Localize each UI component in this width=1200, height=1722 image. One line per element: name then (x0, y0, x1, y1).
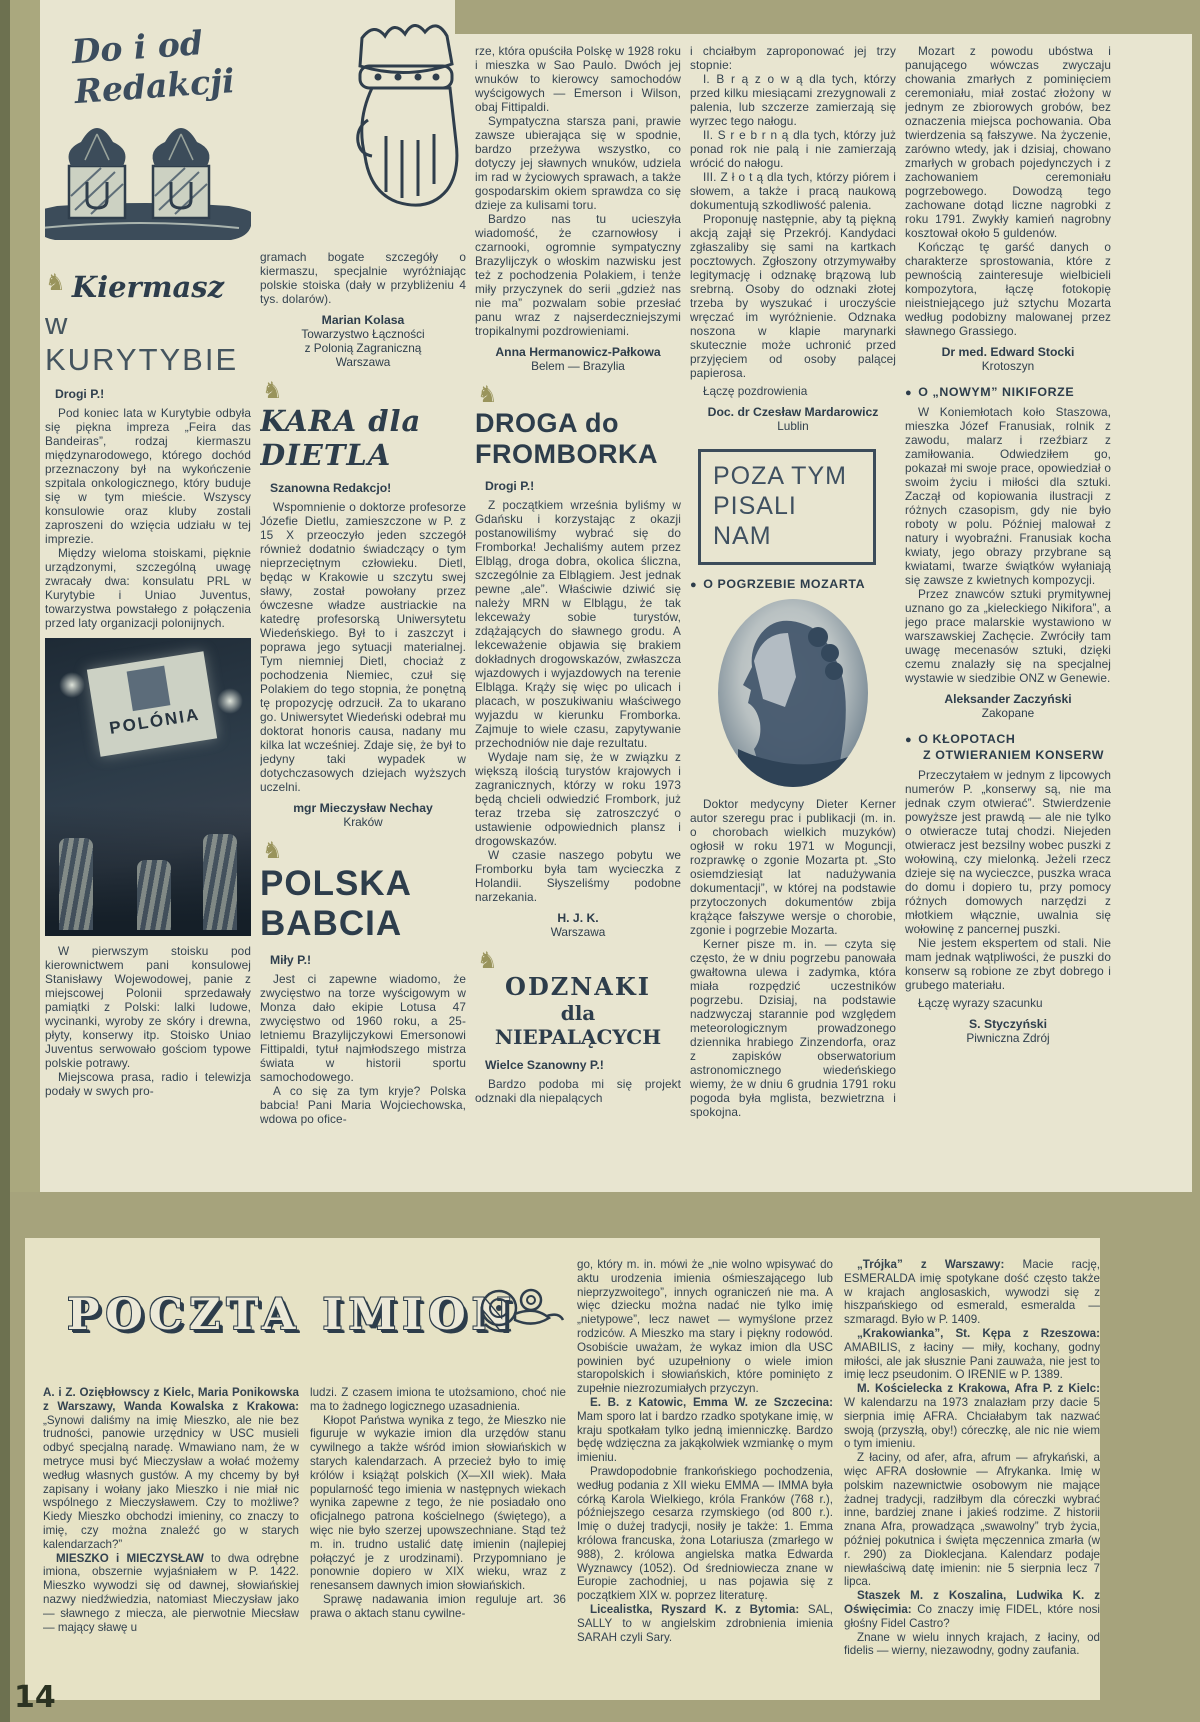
poczta-columns: A. i Z. Oziębłowscy z Kielc, Maria Ponik… (43, 1238, 1100, 1698)
paragraph: Miejscowa prasa, radio i telewizja podał… (45, 1070, 251, 1098)
mozart-silhouette (718, 599, 868, 787)
mozart-body-2: Mozart z powodu ubóstwa i panującego wów… (905, 44, 1111, 338)
poczta-column-2: ludzi. Z czasem imiona te utożsamiono, c… (310, 1238, 566, 1698)
polonia-banner-text: POLÓNIA (101, 704, 209, 740)
paragraph: W Koniemłotach koło Staszowa, mieszka Jó… (905, 405, 1111, 587)
signature-name: Marian Kolasa (260, 313, 466, 327)
masthead: Do i od Redakcji (70, 20, 251, 112)
signature-nechay: mgr Mieczysław Nechay Kraków (260, 801, 466, 829)
letter-paragraph: Znane w wielu innych krajach, z łaciny, … (844, 1631, 1100, 1659)
photo-light (59, 672, 85, 698)
bullet-icon: ● (690, 579, 697, 591)
kurytyba-title-caps: w KURYTYBIE (45, 306, 251, 378)
column-2: gramach bogate szczegóły o kiermaszu, sp… (260, 0, 466, 1170)
signature-place: Warszawa (475, 925, 681, 939)
signature-place: Zakopane (905, 706, 1111, 720)
signature-palkowa: Anna Hermanowicz-Pałkowa Belem — Brazyli… (475, 345, 681, 373)
poczta-column-1: A. i Z. Oziębłowscy z Kielc, Maria Ponik… (43, 1238, 299, 1698)
paragraph: Sympatyczna starsza pani, prawie zawsze … (475, 114, 681, 212)
signature-org-line: Towarzystwo Łączności (260, 327, 466, 341)
salutation: Miły P.! (260, 953, 466, 967)
knight-icon: ♞ (262, 378, 466, 402)
bullet-icon: ● (905, 734, 912, 746)
polonia-flag: POLÓNIA (87, 651, 217, 756)
knight-icon: ♞ (262, 838, 466, 862)
letter-paragraph: M. Kościelecka z Krakowa, Afra P. z Kiel… (844, 1382, 1100, 1451)
poczta-imion-section: POCZTA IMION A. i Z. Oziębłowscy z Kielc… (25, 1238, 1100, 1700)
odznaki-body: Bardzo podoba mi się projekt odznaki dla… (475, 1077, 681, 1105)
dietl-body: Wspomnienie o doktorze profesorze Józefi… (260, 500, 466, 794)
kurytyba-continuation: gramach bogate szczegóły o kiermaszu, sp… (260, 250, 466, 306)
letter-paragraph: Prawdopodobnie frankońskiego pochodzenia… (577, 1465, 833, 1603)
bullet-icon: ● (905, 387, 912, 399)
poczta-column-3: go, który m. in. mówi że „nie wolno wpis… (577, 1238, 833, 1698)
paragraph: Pod koniec lata w Kurytybie odbyła się p… (45, 406, 251, 546)
poczta-column-4: „Trójka” z Warszawy: Macie rację, ESMERA… (844, 1238, 1100, 1698)
salutation: Wielce Szanowny P.! (475, 1058, 681, 1072)
costumed-figure (59, 838, 93, 930)
paragraph: Z początkiem września byliśmy w Gdańsku … (475, 498, 681, 750)
paragraph: III. Z ł o t ą dla tych, którzy piórem i… (690, 170, 896, 212)
paragraph: Wydaje nam się, że w związku z większą i… (475, 750, 681, 848)
paragraph: Nie jestem ekspertem od stali. Nie mam j… (905, 936, 1111, 992)
paragraph: A co się za tym kryje? Polska babcia! Pa… (260, 1084, 466, 1126)
column-3: rze, która opuściła Polskę w 1928 roku i… (475, 0, 681, 1170)
polonia-photo: POLÓNIA (45, 638, 251, 936)
paragraph: Kerner pisze m. in. — czyta się często, … (690, 937, 896, 1119)
nikifor-body: W Koniemłotach koło Staszowa, mieszka Jó… (905, 405, 1111, 685)
mozart-heading-text: O POGRZEBIE MOZARTA (703, 577, 865, 591)
paragraph: Wspomnienie o doktorze profesorze Józefi… (260, 500, 466, 794)
frombork-title: DROGA do FROMBORKA (475, 408, 681, 470)
nikifor-heading: ●O „NOWYM” NIKIFORZE (905, 385, 1111, 399)
signature-place: Belem — Brazylia (475, 359, 681, 373)
signature-place: Kraków (260, 815, 466, 829)
paragraph: gramach bogate szczegóły o kiermaszu, sp… (260, 250, 466, 306)
paragraph: W pierwszym stoisku pod kierownictwem pa… (45, 944, 251, 1070)
eagle-emblem (127, 666, 171, 711)
nikifor-heading-text: O „NOWYM” NIKIFORZE (918, 385, 1074, 399)
mozart-heading: ●O POGRZEBIE MOZARTA (690, 577, 896, 591)
letter-paragraph: Licealistka, Ryszard K. z Bytomia: SAL, … (577, 1603, 833, 1644)
signature-name: Doc. dr Czesław Mardarowicz (690, 405, 896, 419)
page-number: 14 (14, 1680, 56, 1715)
signature-name: H. J. K. (475, 911, 681, 925)
paragraph: Mozart z powodu ubóstwa i panującego wów… (905, 44, 1111, 240)
signature-name: Anna Hermanowicz-Pałkowa (475, 345, 681, 359)
dietl-title: KARA dla DIETLA (260, 404, 466, 472)
signature-name: Aleksander Zaczyński (905, 692, 1111, 706)
kurytyba-body-1: Pod koniec lata w Kurytybie odbyła się p… (45, 406, 251, 630)
costumed-figure (203, 834, 237, 930)
signature-place: Krotoszyn (905, 359, 1111, 373)
odznaki-title-line1: ODZNAKI (475, 972, 681, 1001)
signature-place: Piwniczna Zdrój (905, 1031, 1111, 1045)
signature-org-line: z Polonią Zagraniczną (260, 341, 466, 355)
letter-paragraph: Kłopot Państwa wynika z tego, że Mieszko… (310, 1414, 566, 1593)
signature-name: Dr med. Edward Stocki (905, 345, 1111, 359)
letter-paragraph: go, który m. in. mówi że „nie wolno wpis… (577, 1258, 833, 1396)
paragraph: Bardzo podoba mi się projekt odznaki dla… (475, 1077, 681, 1105)
salutation: Szanowna Redakcjo! (260, 481, 466, 495)
signature-org-line: Warszawa (260, 355, 466, 369)
poza-tym-box: POZA TYM PISALI NAM (698, 449, 876, 565)
paragraph: W czasie naszego pobytu we Fromborku był… (475, 848, 681, 904)
signature-kolasa: Marian Kolasa Towarzystwo Łącznościz Pol… (260, 313, 466, 369)
poza-tym-line2: PISALI NAM (713, 491, 861, 551)
konserwy-body: Przeczytałem w jednym z lipcowych numeró… (905, 768, 1111, 992)
mozart-portrait (718, 599, 868, 787)
paragraph: II. S r e b r n ą dla tych, którzy już p… (690, 128, 896, 170)
paragraph: Doktor medycyny Dieter Kerner autor szer… (690, 797, 896, 937)
paragraph: I. B r ą z o w ą dla tych, którzy przed … (690, 72, 896, 128)
letter-paragraph: A. i Z. Oziębłowscy z Kielc, Maria Ponik… (43, 1386, 299, 1552)
paragraph: Przez znawców sztuki prymitywnej uznano … (905, 587, 1111, 685)
left-margin-strip (10, 0, 40, 1192)
konserwy-heading: ●O KŁOPOTACH (905, 732, 1111, 746)
frombork-body: Z początkiem września byliśmy w Gdańsku … (475, 498, 681, 904)
signature-name: mgr Mieczysław Nechay (260, 801, 466, 815)
letter-paragraph: ludzi. Z czasem imiona te utożsamiono, c… (310, 1386, 566, 1414)
kurytyba-body-2: W pierwszym stoisku pod kierownictwem pa… (45, 944, 251, 1098)
paragraph: Kończąc tę garść danych o charakterze sp… (905, 240, 1111, 338)
konserwy-heading-line2: Z OTWIERANIEM KONSERW (923, 748, 1111, 762)
column-4: i chciałbym zaproponować jej trzy stopni… (690, 0, 896, 1170)
paragraph: Przeczytałem w jednym z lipcowych numeró… (905, 768, 1111, 936)
babcia-body: Jest ci zapewne wiadomo, że zwycięstwo n… (260, 972, 466, 1126)
paragraph: Między wieloma stoiskami, pięknie urządz… (45, 546, 251, 630)
odznaki-title: ODZNAKI dla NIEPALĄCYCH (475, 972, 681, 1049)
knight-icon: ♞ (45, 270, 66, 294)
signature-styczynski: S. Styczyński Piwniczna Zdrój (905, 1017, 1111, 1045)
konserwy-heading-line1: O KŁOPOTACH (918, 732, 1015, 746)
letter-paragraph: „Trójka” z Warszawy: Macie rację, ESMERA… (844, 1258, 1100, 1327)
babcia-title: POLSKA BABCIA (260, 864, 466, 944)
page-left-edge (0, 0, 10, 1722)
column-1: Do i od Redakcji (45, 0, 251, 1170)
signature-place: Lublin (690, 419, 896, 433)
signature-stocki: Dr med. Edward Stocki Krotoszyn (905, 345, 1111, 373)
top-columns: Do i od Redakcji (45, 0, 1111, 1170)
photo-light (217, 688, 243, 714)
babcia-continuation: rze, która opuściła Polskę w 1928 roku i… (475, 44, 681, 338)
odznaki-title-line2: dla NIEPALĄCYCH (475, 1001, 681, 1049)
knight-icon: ♞ (477, 948, 681, 972)
mozart-caption: Doktor medycyny Dieter Kerner autor szer… (690, 797, 896, 1119)
salutation: Drogi P.! (45, 387, 251, 401)
letter-paragraph: E. B. z Katowic, Emma W. ze Szczecina: M… (577, 1396, 833, 1465)
paragraph: Proponuję następnie, aby tą piękną akcją… (690, 212, 896, 380)
top-section: Do i od Redakcji (10, 0, 1192, 1192)
poza-tym-line1: POZA TYM (713, 461, 861, 491)
inkwell-illustration (45, 110, 251, 260)
closing-line: Łączę wyrazy szacunku (905, 996, 1111, 1010)
column-5: Mozart z powodu ubóstwa i panującego wów… (905, 0, 1111, 1170)
letter-paragraph: MIESZKO i MIECZYSŁAW to dwa odrębne imio… (43, 1552, 299, 1635)
paragraph: Jest ci zapewne wiadomo, że zwycięstwo n… (260, 972, 466, 1084)
paragraph: rze, która opuściła Polskę w 1928 roku i… (475, 44, 681, 114)
letter-paragraph: Staszek M. z Koszalina, Ludwika K. z Ośw… (844, 1589, 1100, 1630)
letter-paragraph: Z łaciny, od afer, afra, afrum — afrykań… (844, 1451, 1100, 1589)
signature-zaczynski: Aleksander Zaczyński Zakopane (905, 692, 1111, 720)
paragraph: Bardzo nas tu ucieszyła wiadomość, że cz… (475, 212, 681, 338)
salutation: Drogi P.! (475, 479, 681, 493)
kurytyba-title-script: Kiermasz (45, 270, 251, 304)
signature-org: Towarzystwo Łącznościz Polonią Zagranicz… (260, 327, 466, 369)
knight-icon: ♞ (477, 382, 681, 406)
signature-hjk: H. J. K. Warszawa (475, 911, 681, 939)
closing-line: Łączę pozdrowienia (690, 384, 896, 398)
costumed-figure (137, 860, 171, 930)
odznaki-continuation: i chciałbym zaproponować jej trzy stopni… (690, 44, 896, 380)
paragraph: i chciałbym zaproponować jej trzy stopni… (690, 44, 896, 72)
signature-mardarowicz: Doc. dr Czesław Mardarowicz Lublin (690, 405, 896, 433)
letter-paragraph: Sprawę nadawania imion reguluje art. 36 … (310, 1593, 566, 1621)
signature-name: S. Styczyński (905, 1017, 1111, 1031)
letter-paragraph: „Krakowianka”, St. Kępa z Rzeszowa: AMAB… (844, 1327, 1100, 1382)
